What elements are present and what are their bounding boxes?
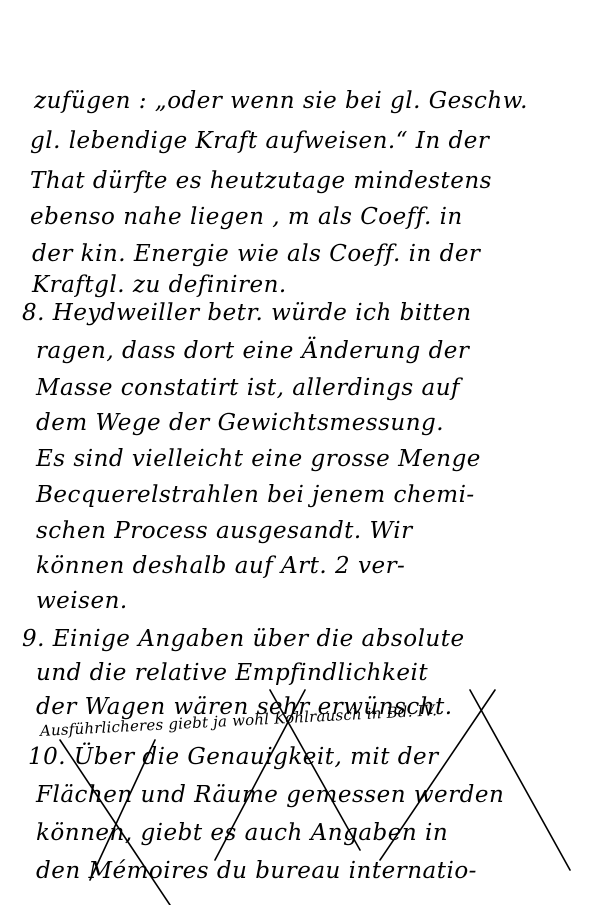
item-10-line-1: 10. Über die Genauigkeit, mit der (28, 744, 439, 770)
text-line-6: Kraftgl. zu definiren. (32, 272, 287, 298)
item-10-line-4: den Mémoires du bureau internatio- (36, 858, 477, 884)
item-8-line-3: Masse constatirt ist, allerdings auf (36, 375, 460, 401)
text-line-3: That dürfte es heutzutage mindestens (30, 168, 492, 194)
item-8-line-5: Es sind vielleicht eine grosse Menge (36, 446, 481, 472)
text-line-5: der kin. Energie wie als Coeff. in der (32, 241, 480, 267)
item-8-line-8: können deshalb auf Art. 2 ver- (36, 553, 405, 579)
text-line-4: ebenso nahe liegen , m als Coeff. in (30, 204, 463, 230)
item-8-line-4: dem Wege der Gewichtsmessung. (36, 410, 444, 436)
item-8-line-7: schen Process ausgesandt. Wir (36, 518, 413, 544)
item-10-line-3: können, giebt es auch Angaben in (36, 820, 448, 846)
item-8-line-6: Becquerelstrahlen bei jenem chemi- (36, 482, 475, 508)
item-9-line-2: und die relative Empfindlichkeit (36, 660, 428, 686)
text-line-1: zufügen : „oder wenn sie bei gl. Geschw. (34, 88, 528, 114)
item-9-line-1: 9. Einige Angaben über die absolute (22, 626, 465, 652)
item-10-line-2: Flächen und Räume gemessen werden (36, 782, 504, 808)
item-8-line-2: ragen, dass dort eine Änderung der (36, 338, 469, 364)
item-8-line-1: 8. Heydweiller betr. würde ich bitten (22, 300, 472, 326)
manuscript-page: zufügen : „oder wenn sie bei gl. Geschw.… (0, 0, 596, 905)
item-8-line-9: weisen. (36, 588, 128, 614)
text-line-2: gl. lebendige Kraft aufweisen.“ In der (30, 128, 489, 154)
